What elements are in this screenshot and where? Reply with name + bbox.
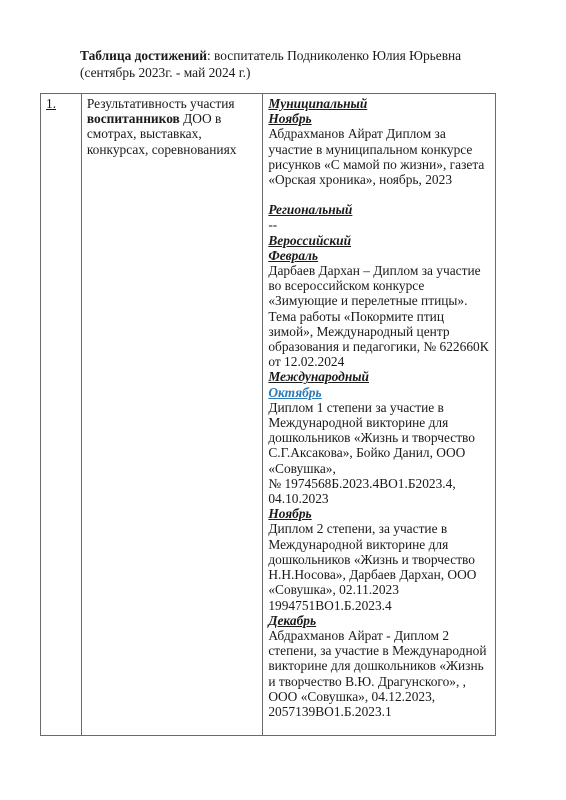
heading-teacher: : воспитатель Подниколенко Юлия Юрьевна [207,48,461,63]
row-description-cell: Результативность участия воспитанников Д… [81,94,262,736]
description-bold: воспитанников [87,111,180,126]
entry-international-november-2: 1994751ВО1.Б.2023.4 [268,598,490,613]
spacer [268,187,490,202]
heading-line-1: Таблица достижений: воспитатель Подникол… [80,47,500,64]
level-municipal: Муниципальный [268,96,490,111]
achievements-table: 1. Результативность участия воспитаннико… [40,93,496,736]
regional-empty-value: -- [268,217,490,232]
level-national: Вероссийский [268,233,490,248]
entry-municipal-november: Абдрахманов Айрат Диплом за участие в му… [268,126,490,187]
month-december-international: Декабрь [268,613,490,628]
level-international: Международный [268,369,490,384]
entry-national-february: Дарбаев Дархан – Диплом за участие во вс… [268,263,490,369]
description-part1: Результативность участия [87,96,235,111]
entry-international-october-1: Диплом 1 степени за участие в Международ… [268,400,490,476]
entry-international-november-1: Диплом 2 степени, за участие в Междунаро… [268,521,490,597]
month-october-international-link[interactable]: Октябрь [268,385,490,400]
month-february-national: Февраль [268,248,490,263]
month-november-municipal: Ноябрь [268,111,490,126]
row-number: 1. [46,96,56,111]
row-content-cell: Муниципальный Ноябрь Абдрахманов Айрат Д… [263,94,496,736]
row-number-cell: 1. [41,94,82,736]
month-november-international: Ноябрь [268,506,490,521]
entry-international-october-2: № 1974568Б.2023.4ВО1.Б2023.4, 04.10.2023 [268,476,490,506]
document-heading: Таблица достижений: воспитатель Подникол… [80,47,500,81]
entry-international-december-2: 2057139ВО1.Б.2023.1 [268,704,490,719]
level-regional: Региональный [268,202,490,217]
heading-title: Таблица достижений [80,48,207,63]
entry-international-december-1: Абдрахманов Айрат - Диплом 2 степени, за… [268,628,490,704]
table-row: 1. Результативность участия воспитаннико… [41,94,496,736]
heading-period: (сентябрь 2023г. - май 2024 г.) [80,64,500,81]
